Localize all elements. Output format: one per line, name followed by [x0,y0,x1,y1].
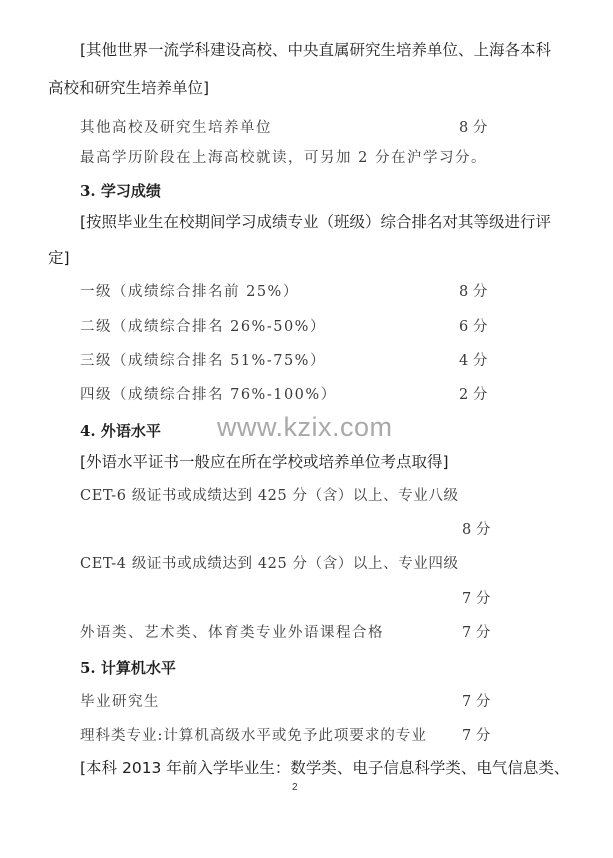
computer-item-label: 理科类专业:计算机高级水平或免予此项要求的专业 [80,726,427,746]
item-score: 8 分 [459,118,487,138]
section-note-line: [按照毕业生在校期间学习成绩专业（班级）综合排名对其等级进行评 [80,212,551,232]
level-score: 4 分 [459,351,487,371]
computer-item-score: 7 分 [462,692,490,712]
language-item-score: 7 分 [462,589,490,609]
section-note: [本科 2013 年前入学毕业生：数学类、电子信息科学类、电气信息类、 [80,758,569,778]
page-number: 2 [292,782,298,793]
computer-item-label: 毕业研究生 [80,692,160,712]
bonus-note: 最高学历阶段在上海高校就读，可另加 2 分在沪学习分。 [80,148,487,168]
section-note-line: 定] [48,248,70,268]
item-label: 其他高校及研究生培养单位 [80,118,272,138]
section-heading: 3. 学习成绩 [80,181,161,201]
language-item-label: 外语类、艺术类、体育类专业外语课程合格 [80,623,384,643]
level-score: 6 分 [459,317,487,337]
watermark: www.kzix.com [217,412,393,443]
level-label: 二级（成绩综合排名 26%-50%） [80,317,326,337]
language-item-label: CET-4 级证书或成绩达到 425 分（含）以上、专业四级 [80,554,459,574]
language-item-label: CET-6 级证书或成绩达到 425 分（含）以上、专业八级 [80,486,459,506]
language-item-score: 7 分 [462,623,490,643]
level-label: 一级（成绩综合排名前 25%） [80,282,299,302]
bracket-note-line: [其他世界一流学科建设高校、中央直属研究生培养单位、上海各本科 [80,40,551,60]
section-heading: 4. 外语水平 [80,421,161,441]
section-note: [外语水平证书一般应在所在学校或培养单位考点取得] [80,452,449,472]
language-item-score: 8 分 [462,520,490,540]
level-score: 2 分 [459,385,487,405]
section-heading: 5. 计算机水平 [80,658,176,678]
bracket-note-line: 高校和研究生培养单位] [48,78,209,98]
level-score: 8 分 [459,282,487,302]
level-label: 三级（成绩综合排名 51%-75%） [80,351,326,371]
computer-item-score: 7 分 [462,726,490,746]
level-label: 四级（成绩综合排名 76%-100%） [80,385,337,405]
